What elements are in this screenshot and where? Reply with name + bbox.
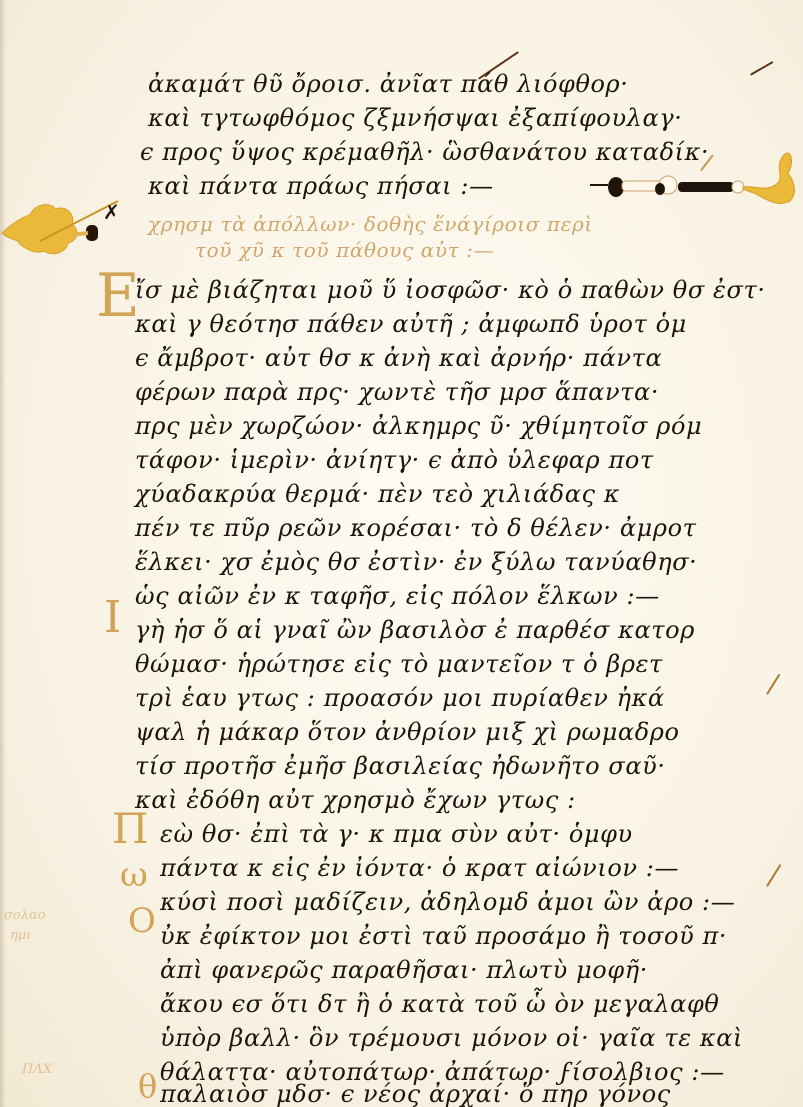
manuscript-line: ὑπὸρ βαλλ· ὃν τρέμουσι μόνον οἱ· γαῖα τε… bbox=[160, 1026, 743, 1050]
manuscript-line: καὶ γ θεότησ πάθεν αὐτῆ ; ἀμφωπδ ὑροτ ὁμ bbox=[135, 312, 687, 336]
manuscript-line: εὼ θσ· ἐπὶ τὰ γ· κ πμα σὺν αὐτ· ὁμφυ bbox=[160, 822, 633, 846]
manuscript-line: ἴσ μὲ βιάζηται μοῦ ὕ ἰοσφῶσ· κὸ ὁ παθὼν … bbox=[135, 278, 766, 302]
page-edge-shadow bbox=[0, 0, 6, 1107]
manuscript-line: τρὶ ἑαυ γτως : προασόν μοι πυρίαθεν ἠκά bbox=[135, 686, 665, 710]
manuscript-line: ἀκαμάτ θῦ ὄροισ. ἀνῖατ πάθ λιόφθορ· bbox=[148, 72, 628, 96]
cross-mark-icon: ✗ bbox=[103, 200, 120, 224]
manuscript-line: τίσ προτῆσ ἐμῆσ βασιλείας ἠδωνῆτο σαῦ· bbox=[135, 754, 666, 778]
manuscript-line: ἀπὶ φανερῶς παραθῆσαι· πλωτὺ μοφῆ· bbox=[160, 958, 648, 982]
manuscript-line: ἄκου ϵσ ὅτι δτ ἢ ὁ κατὰ τοῦ ὧ ὸν μεγαλαφ… bbox=[160, 992, 719, 1016]
manuscript-line: παλαιὸσ μδσ· ϵ νέος ἀρχαί· ὅ πηρ γόνος bbox=[160, 1082, 671, 1106]
initial-pi: Π bbox=[112, 808, 149, 850]
manuscript-line: ϵ προς ὕψος κρέμαθῆλ· ὣσθανάτου καταδίκ· bbox=[140, 140, 709, 164]
rubric-line: τοῦ χῦ κ τοῦ πάθους αὐτ :— bbox=[195, 240, 494, 260]
rubric-line: χρησμ τὰ ἀπόλλων· δοθὴς ἕνάγίροισ περὶ bbox=[148, 214, 593, 234]
margin-note: ημι bbox=[10, 928, 31, 943]
manuscript-line: ὐκ ἐφίκτον μοι ἐστὶ ταῦ προσάμο ἢ τοσοῦ … bbox=[160, 924, 727, 948]
accent-tick bbox=[750, 61, 774, 76]
initial-theta: θ bbox=[138, 1070, 157, 1102]
accent-tick bbox=[766, 864, 781, 887]
manuscript-page: ✗ Ε Ι Π ω Ο θ ἀκαμάτ θῦ ὄροισ. ἀνῖατ πάθ… bbox=[0, 0, 803, 1107]
margin-note: σολαο bbox=[4, 908, 46, 923]
manuscript-line: ψαλ ἡ μάκαρ ὅτον ἀνθρίον μιξ χὶ ρωμαδρο bbox=[135, 720, 680, 744]
initial-iota: Ι bbox=[104, 596, 121, 640]
manuscript-line: ἕλκει· χσ ἐμὸς θσ ἐστὶν· ἐν ξύλω τανύαθη… bbox=[135, 550, 697, 574]
manuscript-line: ὡς αἰῶν ἐν κ ταφῆσ, εἰς πόλον ἕλκων :— bbox=[135, 584, 660, 608]
accent-tick bbox=[766, 674, 780, 695]
initial-omega: ω bbox=[120, 858, 148, 892]
initial-epsilon: Ε bbox=[96, 266, 140, 326]
manuscript-line: καὶ ἐδόθη αὐτ χρησμὸ ἔχων γτως : bbox=[135, 788, 576, 812]
manuscript-line: φέρων παρὰ πρς· χωντὲ τῆσ μρσ ἅπαντα· bbox=[135, 380, 659, 404]
manuscript-line: καὶ τγτωφθόμος ζξμνήσψαι ἐξαπίφουλαγ· bbox=[148, 106, 682, 130]
manuscript-line: πέν τε πῦρ ρεῶν κορέσαι· τὸ δ θέλεν· ἀμρ… bbox=[135, 516, 697, 540]
initial-omicron: Ο bbox=[128, 904, 156, 938]
margin-note: ΠΛΧ bbox=[22, 1062, 52, 1077]
manuscript-line: τάφον· ἱμερὶν· ἀνίητγ· ϵ ἀπὸ ὑλεφαρ ποτ bbox=[135, 448, 654, 472]
manuscript-line: καὶ πάντα πράως πήσαι :— bbox=[148, 174, 494, 198]
manuscript-line: γὴ ἡσ ὅ αἱ γναῖ ὢν βασιλὸσ ἐ παρθέσ κατο… bbox=[135, 618, 695, 642]
manuscript-line: κύσὶ ποσὶ μαδίζειν, ἀδηλομδ ἀμοι ὢν ἀρο … bbox=[160, 890, 735, 914]
manuscript-line: ϵ ἄμβροτ· αὐτ θσ κ ἀνὴ καὶ ἀρνήρ· πάντα bbox=[135, 346, 662, 370]
manuscript-line: θώμασ· ἡρώτησε εἰς τὸ μαντεῖον τ ὁ βρετ bbox=[135, 652, 663, 676]
manuscript-line: πρς μὲν χωρζώον· ἀλκημρς ῦ· χθίμητοῖσ ρό… bbox=[135, 414, 702, 438]
manuscript-line: χύαδακρύα θερμά· πὲν τεὸ χιλιάδας κ bbox=[135, 482, 620, 506]
manuscript-line: πάντα κ εἰς ἐν ἰόντα· ὁ κρατ αἰώνιον :— bbox=[160, 856, 679, 880]
